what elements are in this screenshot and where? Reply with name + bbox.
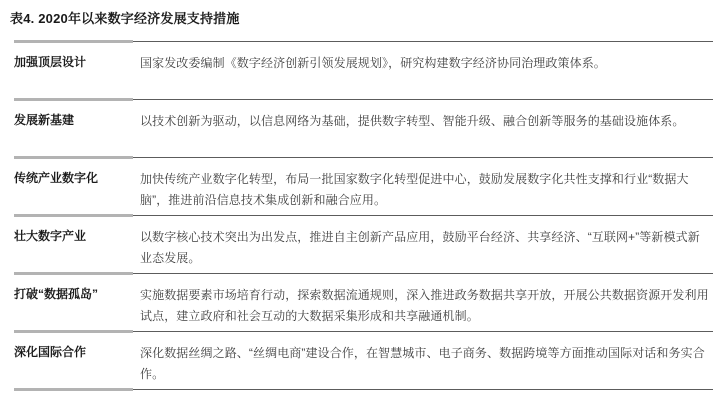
row-header: 加强顶层设计 — [14, 53, 140, 71]
row-body: 加快传统产业数字化转型，布局一批国家数字化转型促进中心，鼓励发展数字化共性支撑和… — [140, 169, 713, 211]
separator-thick-segment — [14, 330, 133, 333]
separator-thin-segment — [133, 273, 713, 274]
table-row: 打破“数据孤岛” 实施数据要素市场培育行动，探索数据流通规则，深入推进政务数据共… — [14, 275, 713, 330]
row-body: 以技术创新为驱动，以信息网络为基础，提供数字转型、智能升级、融合创新等服务的基础… — [140, 111, 713, 132]
row-header: 壮大数字产业 — [14, 227, 140, 245]
measures-table: 加强顶层设计 国家发改委编制《数字经济创新引领发展规划》，研究构建数字经济协同治… — [14, 40, 713, 391]
table-row: 发展新基建 以技术创新为驱动，以信息网络为基础，提供数字转型、智能升级、融合创新… — [14, 101, 713, 156]
separator-thin-segment — [133, 215, 713, 216]
separator-thin-segment — [133, 331, 713, 332]
separator-thick-segment — [14, 272, 133, 275]
row-body: 以数字核心技术突出为出发点，推进自主创新产品应用，鼓励平台经济、共享经济、“互联… — [140, 227, 713, 269]
table-row: 深化国际合作 深化数据丝绸之路、“丝绸电商”建设合作，在智慧城市、电子商务、数据… — [14, 333, 713, 388]
row-header: 深化国际合作 — [14, 343, 140, 361]
table-row: 传统产业数字化 加快传统产业数字化转型，布局一批国家数字化转型促进中心，鼓励发展… — [14, 159, 713, 214]
separator-thin-segment — [133, 41, 713, 42]
separator-thick-segment — [14, 388, 133, 391]
separator-thin-segment — [133, 157, 713, 158]
separator-thin-segment — [133, 389, 713, 390]
row-body: 深化数据丝绸之路、“丝绸电商”建设合作，在智慧城市、电子商务、数据跨境等方面推动… — [140, 343, 713, 385]
separator-thick-segment — [14, 214, 133, 217]
row-header: 打破“数据孤岛” — [14, 285, 140, 303]
table-row: 加强顶层设计 国家发改委编制《数字经济创新引领发展规划》，研究构建数字经济协同治… — [14, 43, 713, 98]
row-body: 国家发改委编制《数字经济创新引领发展规划》，研究构建数字经济协同治理政策体系。 — [140, 53, 713, 74]
page-title: 表4. 2020年以来数字经济发展支持措施 — [0, 0, 723, 26]
separator-thick-segment — [14, 40, 133, 43]
row-header: 传统产业数字化 — [14, 169, 140, 187]
separator-thick-segment — [14, 156, 133, 159]
separator-thick-segment — [14, 98, 133, 101]
row-body: 实施数据要素市场培育行动，探索数据流通规则，深入推进政务数据共享开放，开展公共数… — [140, 285, 713, 327]
table-row: 壮大数字产业 以数字核心技术突出为出发点，推进自主创新产品应用，鼓励平台经济、共… — [14, 217, 713, 272]
row-header: 发展新基建 — [14, 111, 140, 129]
table-bottom-separator — [14, 388, 713, 391]
separator-thin-segment — [133, 99, 713, 100]
